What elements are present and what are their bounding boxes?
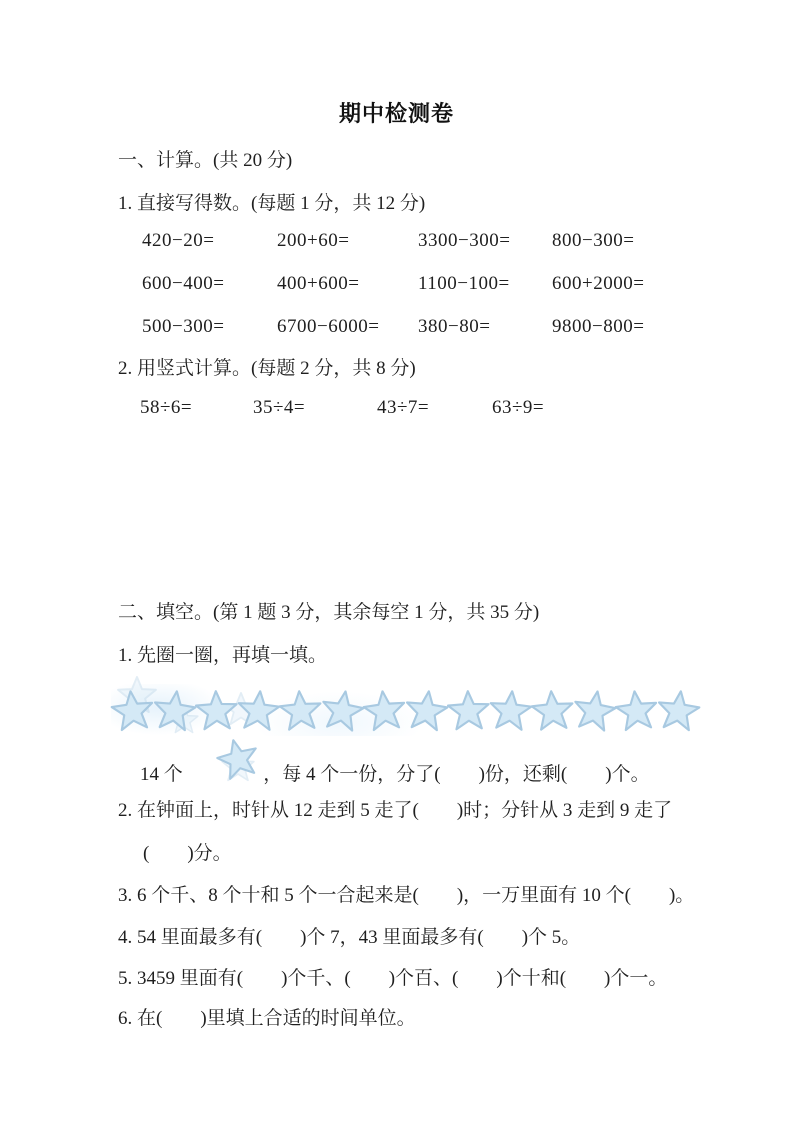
section2-q2-line2: ( )分。: [143, 841, 232, 867]
section2-heading: 二、填空。(第 1 题 3 分，其余每空 1 分，共 35 分): [118, 600, 539, 626]
star-icon: [403, 687, 451, 733]
equation: 35÷4=: [253, 397, 377, 419]
star-icon: [318, 686, 367, 733]
equation: 58÷6=: [140, 397, 253, 419]
equation: 600−400=: [142, 273, 277, 316]
page-title: 期中检测卷: [0, 97, 793, 128]
section1-heading: 一、计算。(共 20 分): [118, 148, 292, 174]
equation: 9800−800=: [552, 316, 644, 359]
star-icon: [613, 687, 660, 732]
star-icon: [361, 687, 408, 732]
equation: 6700−6000=: [277, 316, 418, 359]
section2-q2-line1: 2. 在钟面上，时针从 12 走到 5 走了( )时；分针从 3 走到 9 走了: [118, 798, 672, 824]
stars-caption: 14 个 ，每 4 个一份，分了( )份，还剩( )个。: [140, 750, 650, 794]
equation: 380−80=: [418, 316, 552, 359]
caption-suffix: ，每 4 个一份，分了( )份，还剩( )个。: [263, 759, 649, 786]
star-icon: [487, 688, 533, 733]
equation: 600+2000=: [552, 273, 644, 316]
section2-q5: 5. 3459 里面有( )个千、( )个百、( )个十和( )个一。: [118, 966, 667, 992]
star-icon: [278, 688, 324, 732]
equation: 500−300=: [142, 316, 277, 359]
section2-q6: 6. 在( )里填上合适的时间单位。: [118, 1006, 416, 1032]
equation: 800−300=: [552, 230, 644, 273]
star-icon: [446, 689, 490, 731]
equation: 63÷9=: [492, 397, 544, 419]
direct-calculation-grid: 420−20= 200+60= 3300−300= 800−300= 600−4…: [142, 230, 644, 359]
section1-q2-label: 2. 用竖式计算。(每题 2 分，共 8 分): [118, 356, 416, 382]
section2-q4: 4. 54 里面最多有( )个 7，43 里面最多有( )个 5。: [118, 925, 580, 951]
vertical-calculation-row: 58÷6= 35÷4= 43÷7= 63÷9=: [140, 397, 544, 419]
equation: 200+60=: [277, 230, 418, 273]
exam-paper-page: 期中检测卷 一、计算。(共 20 分) 1. 直接写得数。(每题 1 分，共 1…: [0, 0, 793, 1122]
equation: 43÷7=: [377, 397, 492, 419]
star-icon: [530, 688, 576, 732]
caption-prefix: 14 个: [140, 759, 183, 786]
star-icon: [570, 686, 619, 733]
star-icon: [655, 687, 703, 733]
equation: 3300−300=: [418, 230, 552, 273]
star-icon: [109, 687, 156, 732]
equation: 420−20=: [142, 230, 277, 273]
equation: 1100−100=: [418, 273, 552, 316]
section2-q1-label: 1. 先圈一圈，再填一填。: [118, 643, 327, 669]
equation: 400+600=: [277, 273, 418, 316]
section1-q1-label: 1. 直接写得数。(每题 1 分，共 12 分): [118, 191, 425, 217]
section2-q3: 3. 6 个千、8 个十和 5 个一合起来是( )，一万里面有 10 个( )。: [118, 883, 694, 909]
